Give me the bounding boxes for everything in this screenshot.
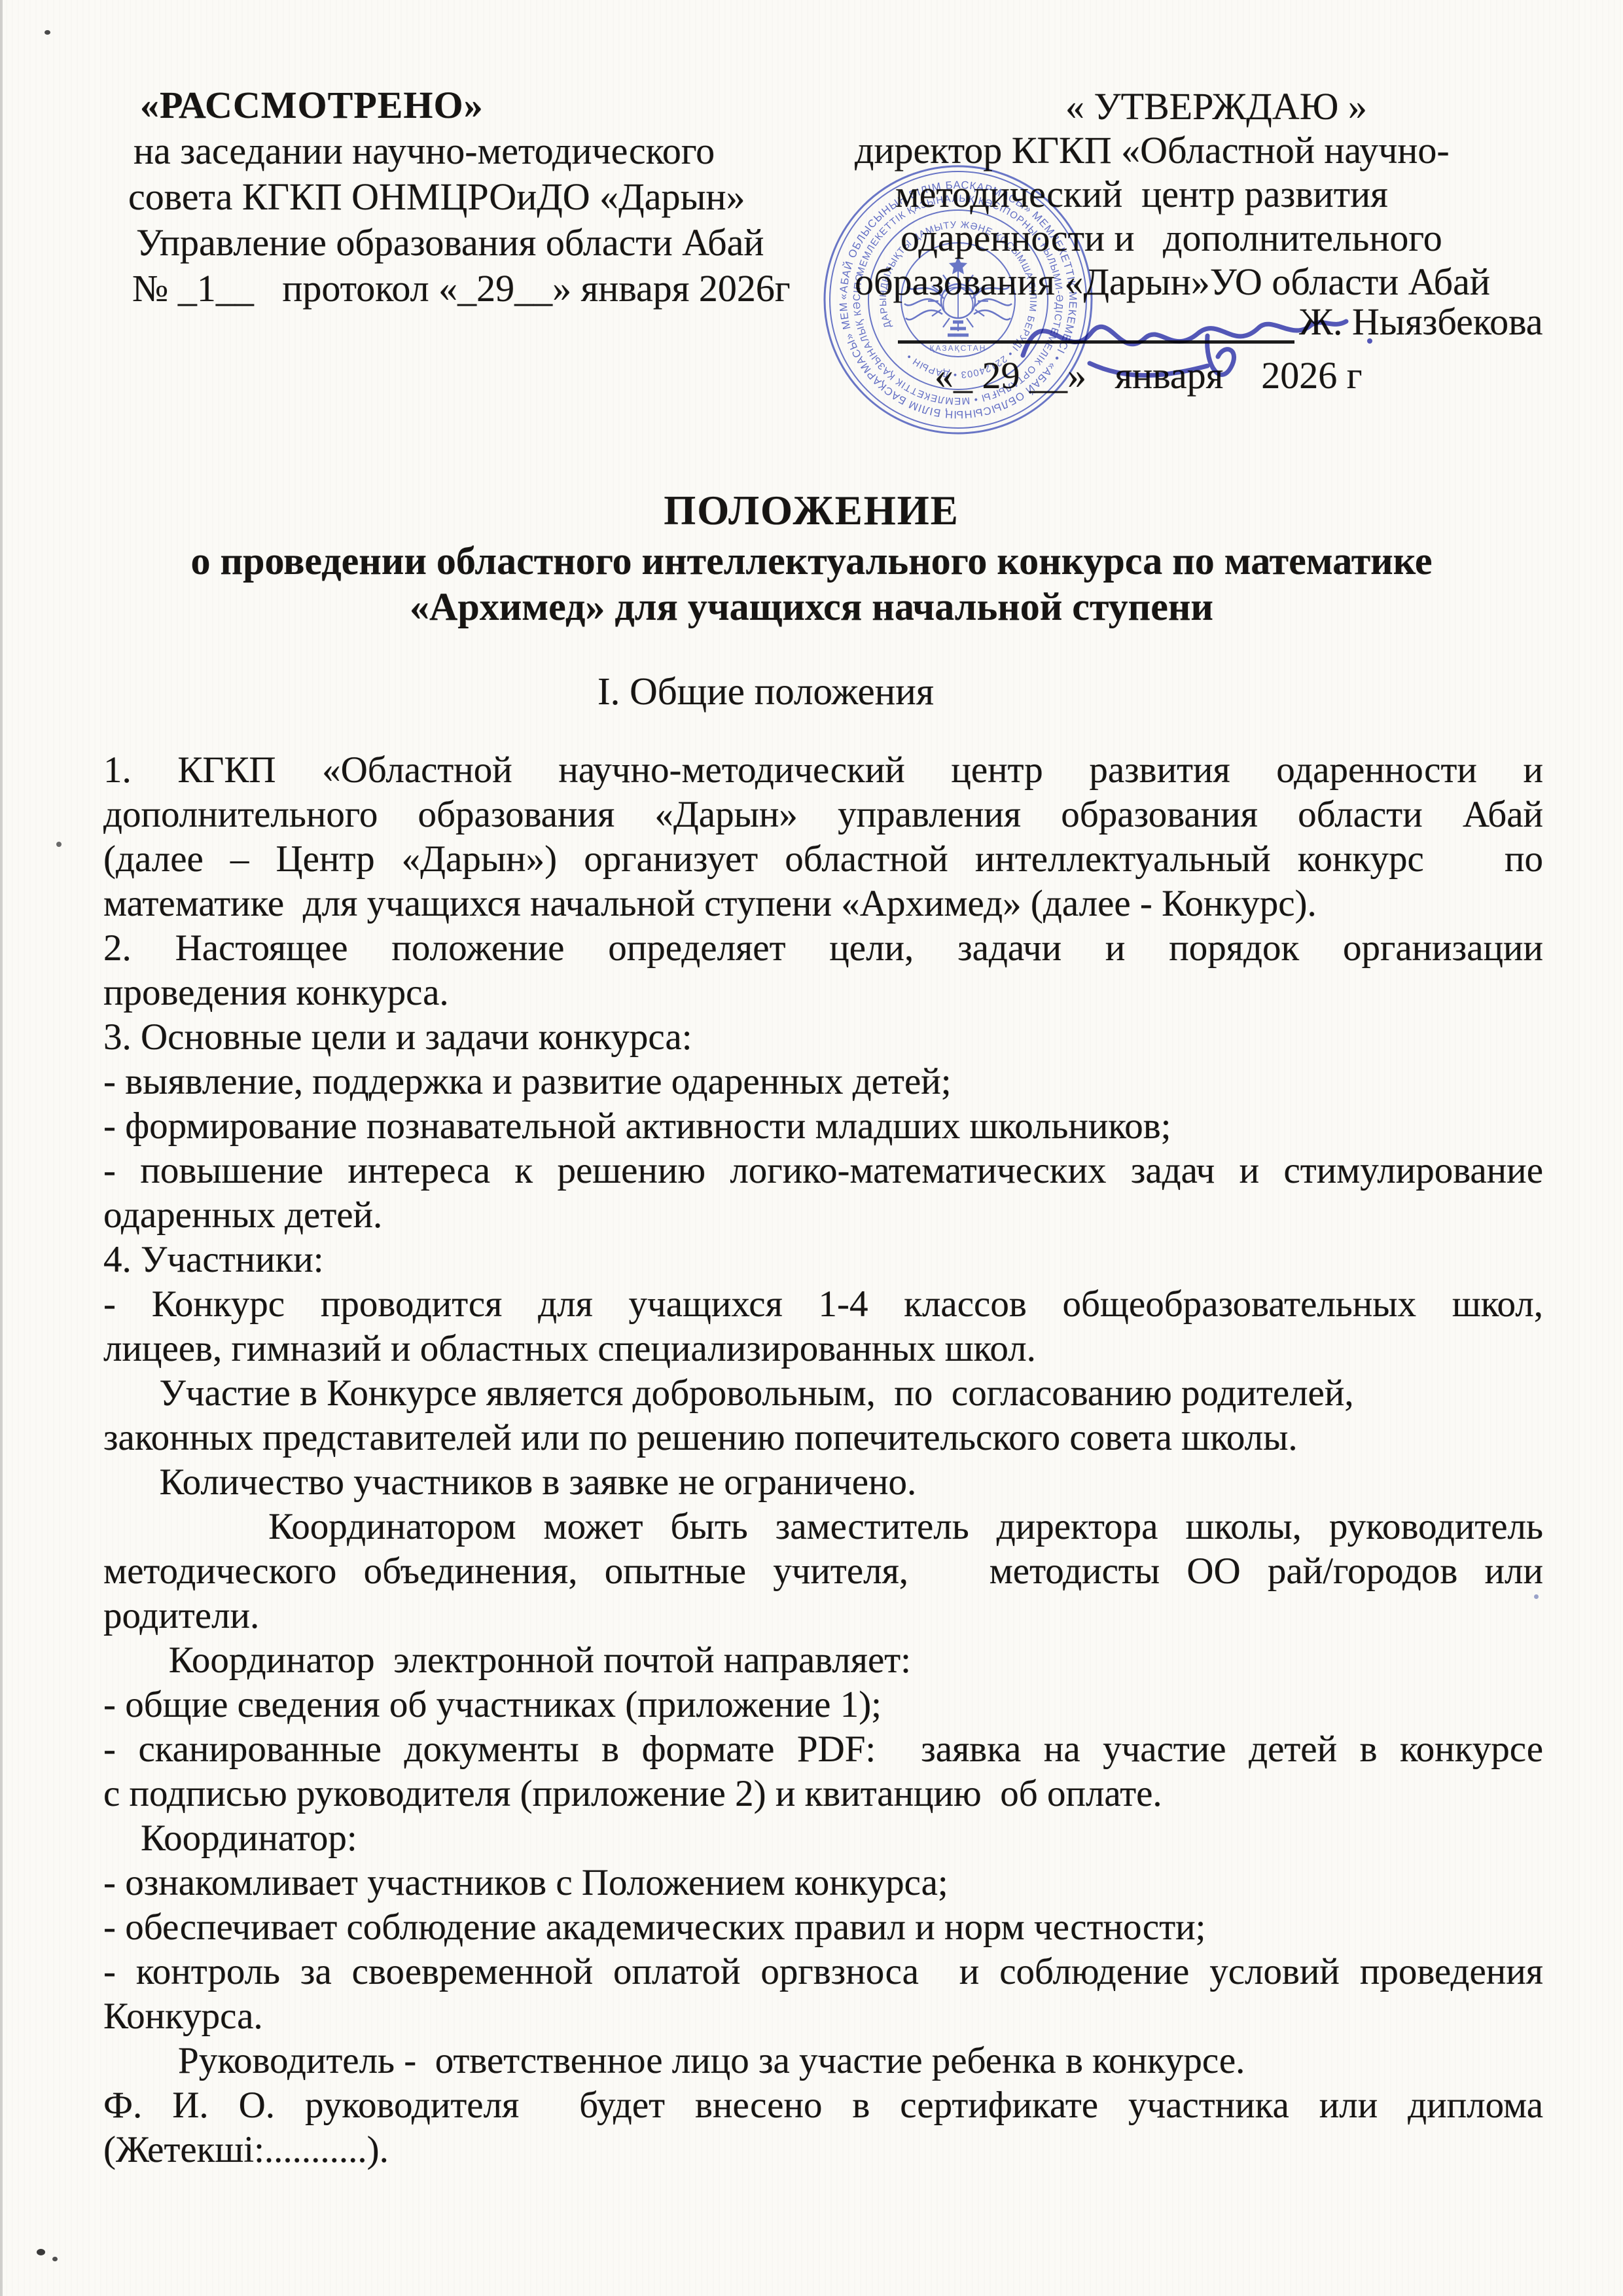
approval-left-line: на заседании научно-методического xyxy=(128,128,822,174)
body-line: Конкурса. xyxy=(103,1994,1543,2039)
body-line: Координатор электронной почтой направляе… xyxy=(103,1638,1543,1683)
emblem-caption: ҚАЗАҚСТАН xyxy=(930,344,987,353)
body-line: - выявление, поддержка и развитие одарен… xyxy=(103,1060,1543,1104)
body-line: проведения конкурса. xyxy=(103,971,1543,1015)
body-line: 2. Настоящее положение определяет цели, … xyxy=(103,926,1543,971)
section-heading: I. Общие положения xyxy=(0,669,1531,714)
body-line: 3. Основные цели и задачи конкурса: xyxy=(103,1015,1543,1060)
document-subtitle-line1: о проведении областного интеллектуальног… xyxy=(0,538,1623,584)
body-line: - обеспечивает соблюдение академических … xyxy=(103,1905,1543,1950)
document-body: 1. КГКП «Областной научно-методический ц… xyxy=(103,748,1543,2172)
body-line: 1. КГКП «Областной научно-методический ц… xyxy=(103,748,1543,793)
approval-left-line: «РАССМОТРЕНО» xyxy=(128,82,822,128)
body-line: законных представителей или по решению п… xyxy=(103,1416,1543,1460)
body-line: Руководитель - ответственное лицо за уча… xyxy=(103,2039,1543,2083)
document-page: «РАССМОТРЕНО»на заседании научно-методич… xyxy=(0,0,1623,2296)
document-subtitle-line2: «Архимед» для учащихся начальной ступени xyxy=(0,584,1623,630)
body-line: - ознакомливает участников с Положением … xyxy=(103,1861,1543,1905)
body-line: с подписью руководителя (приложение 2) и… xyxy=(103,1772,1543,1816)
document-subtitle: о проведении областного интеллектуальног… xyxy=(0,538,1623,630)
body-line: родители. xyxy=(103,1594,1543,1638)
scan-speck xyxy=(37,2249,45,2255)
body-line: Координатором может быть заместитель дир… xyxy=(103,1505,1543,1549)
body-line: Координатор: xyxy=(103,1816,1543,1861)
body-line: Ф. И. О. руководителя будет внесено в се… xyxy=(103,2083,1543,2128)
approval-left-line: № _1__ протокол «_29__» января 2026г xyxy=(128,266,822,312)
approval-left-block: «РАССМОТРЕНО»на заседании научно-методич… xyxy=(128,82,822,312)
emblem-wing-left xyxy=(904,287,944,319)
body-line: 4. Участники: xyxy=(103,1238,1543,1282)
body-line: - формирование познавательной активности… xyxy=(103,1104,1543,1149)
state-emblem-icon: ҚАЗАҚСТАН xyxy=(904,257,1012,353)
director-signature xyxy=(1011,278,1443,403)
body-line: методического объединения, опытные учите… xyxy=(103,1549,1543,1594)
body-line: Участие в Конкурсе является добровольным… xyxy=(103,1371,1543,1416)
body-line: Количество участников в заявке не ограни… xyxy=(103,1460,1543,1505)
body-line: (далее – Центр «Дарын») организует облас… xyxy=(103,837,1543,882)
scan-speck xyxy=(45,30,50,35)
body-line: дополнительного образования «Дарын» упра… xyxy=(103,793,1543,837)
body-line: лицеев, гимназий и областных специализир… xyxy=(103,1327,1543,1371)
scan-speck xyxy=(52,2257,58,2261)
scan-edge-artifact xyxy=(0,0,3,2296)
document-title: ПОЛОЖЕНИЕ xyxy=(0,487,1623,535)
body-line: (Жетекші:...........). xyxy=(103,2128,1543,2172)
body-line: одаренных детей. xyxy=(103,1193,1543,1238)
scan-speck xyxy=(56,842,62,847)
approval-left-line: Управление образования области Абай xyxy=(128,220,822,266)
emblem-wing-right xyxy=(972,287,1012,319)
body-line: математике для учащихся начальной ступен… xyxy=(103,882,1543,926)
body-line: - контроль за своевременной оплатой оргв… xyxy=(103,1950,1543,1994)
body-line: - сканированные документы в формате PDF:… xyxy=(103,1727,1543,1772)
approval-left-line: совета КГКП ОНМЦРОиДО «Дарын» xyxy=(128,174,822,220)
body-line: - повышение интереса к решению логико-ма… xyxy=(103,1149,1543,1193)
body-line: - общие сведения об участниках (приложен… xyxy=(103,1683,1543,1727)
approval-right-line: « УТВЕРЖДАЮ » xyxy=(855,84,1588,128)
body-line: - Конкурс проводится для учащихся 1-4 кл… xyxy=(103,1282,1543,1327)
